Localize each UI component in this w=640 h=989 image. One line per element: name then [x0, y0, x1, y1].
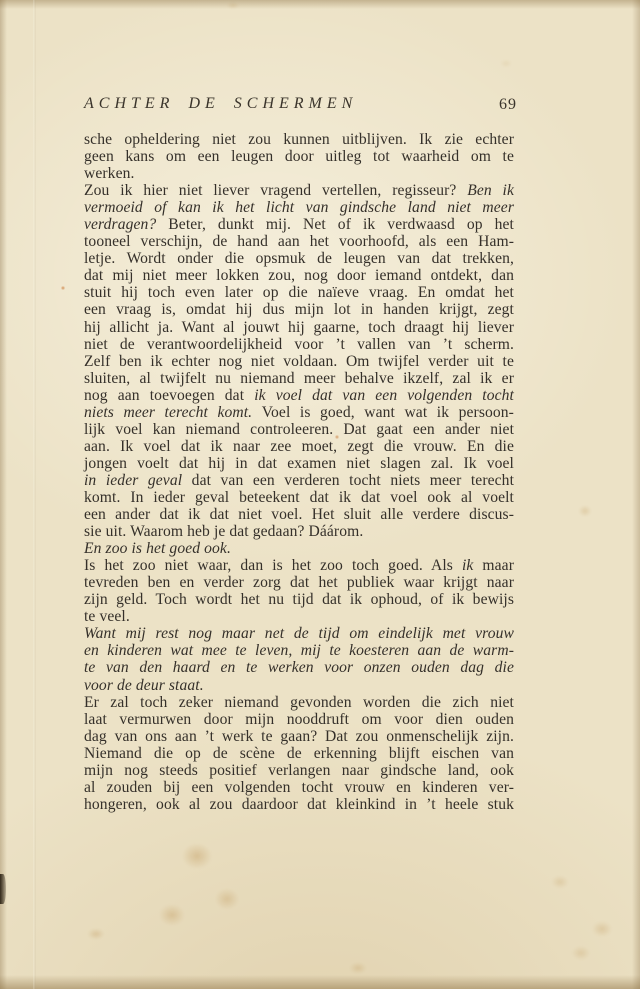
- stain: [498, 58, 514, 69]
- text-line: laat vermurwen door mijn nooddruft om vo…: [84, 711, 514, 728]
- stain: [568, 943, 594, 963]
- page-edge-top: [0, 0, 640, 9]
- text-segment: dat van een verderen tocht niets meer te…: [192, 472, 514, 489]
- text-line: letje. Wordt onder die opsmuk de leugen …: [84, 250, 514, 267]
- text-line: dat mij niet meer lokken zou, nog door i…: [84, 267, 514, 284]
- text-segment: nog aan toevoegen dat: [84, 387, 254, 404]
- text-line: werken.: [84, 165, 514, 182]
- text-line: hongeren, ook al zou daardoor dat kleink…: [84, 796, 514, 813]
- stain: [548, 873, 572, 891]
- text-line: Is het zoo niet waar, dan is het zoo toc…: [84, 557, 514, 574]
- italic-text-segment: verdragen?: [84, 216, 168, 233]
- text-line: stuit hij toch even later op die naïeve …: [84, 284, 514, 301]
- italic-text-segment: te van den haard en te werken voor onzen…: [84, 659, 514, 676]
- text-segment: dat mij niet meer lokken zou, nog door i…: [84, 267, 514, 284]
- text-segment: al zouden bij een volgenden tocht vrouw …: [84, 779, 514, 796]
- text-line: Zelf ben ik echter nog niet voldaan. Om …: [84, 353, 514, 370]
- text-line: niet de verantwoordelijkheid voor ’t val…: [84, 336, 514, 353]
- text-line: een ander dat ik dat niet voel. Het slui…: [84, 506, 514, 523]
- text-line: dag van ons aan ’t werk te gaan? Dat zou…: [84, 728, 514, 745]
- stain: [346, 960, 370, 976]
- text-segment: Voel is goed, want wat ik persoon-: [262, 404, 514, 421]
- text-line: Er zal toch zeker niemand gevonden worde…: [84, 694, 514, 711]
- text-segment: een vraag is, omdat hij dus mijn lot in …: [84, 301, 514, 318]
- text-line: sie uit. Waarom heb je dat gedaan? Dááro…: [84, 523, 514, 540]
- book-page: ACHTER DE SCHERMEN 69 sche opheldering n…: [0, 0, 640, 989]
- text-segment: sche opheldering niet zou kunnen uitblij…: [84, 131, 514, 148]
- text-line: en kinderen wat mee te leven, mij te koe…: [84, 642, 514, 659]
- stain: [588, 918, 616, 940]
- paper-crease: [33, 0, 36, 989]
- text-segment: Is het zoo niet waar, dan is het zoo toc…: [84, 557, 462, 574]
- italic-text-segment: voor de deur staat.: [84, 677, 204, 694]
- stain: [176, 838, 218, 874]
- text-line: tooneel verschijn, de hand aan het voorh…: [84, 233, 514, 250]
- text-line: Want mij rest nog maar net de tijd om ei…: [84, 625, 514, 642]
- text-line: tevreden ben en verder zorg dat het publ…: [84, 574, 514, 591]
- text-line: in ieder geval dat van een verderen toch…: [84, 472, 514, 489]
- stain: [210, 884, 244, 914]
- text-segment: Zelf ben ik echter nog niet voldaan. Om …: [84, 353, 514, 370]
- stain: [84, 926, 108, 942]
- binding-dark-spot: [0, 874, 6, 904]
- text-segment: Niemand die op de scène de erkenning bli…: [84, 745, 514, 762]
- italic-text-segment: en kinderen wat mee te leven, mij te koe…: [84, 642, 514, 659]
- text-line: sluiten, al twijfelt nu niemand meer beh…: [84, 370, 514, 387]
- text-segment: sluiten, al twijfelt nu niemand meer beh…: [84, 370, 514, 387]
- text-line: zijn geld. Toch wordt het nu tijd dat ik…: [84, 591, 514, 608]
- text-segment: zijn geld. Toch wordt het nu tijd dat ik…: [84, 591, 514, 608]
- text-segment: Beter, dunkt mij. Net of ik verdwaasd op…: [168, 216, 514, 233]
- italic-text-segment: ik voel dat van een volgenden tocht: [254, 387, 514, 404]
- text-line: En zoo is het goed ook.: [84, 540, 514, 557]
- text-line: te veel.: [84, 608, 514, 625]
- text-segment: een ander dat ik dat niet voel. Het slui…: [84, 506, 514, 523]
- text-line: Zou ik hier niet liever vragend vertelle…: [84, 182, 514, 199]
- text-segment: komt. In ieder geval beteekent dat ik da…: [84, 489, 514, 506]
- italic-text-segment: niets meer terecht komt.: [84, 404, 262, 421]
- text-block: sche opheldering niet zou kunnen uitblij…: [84, 131, 514, 813]
- text-segment: letje. Wordt onder die opsmuk de leugen …: [84, 250, 514, 267]
- italic-text-segment: Want mij rest nog maar net de tijd om ei…: [84, 625, 514, 642]
- text-segment: maar: [473, 557, 514, 574]
- text-segment: Zou ik hier niet liever vragend vertelle…: [84, 182, 467, 199]
- text-line: geen kans om een leugen door uitleg tot …: [84, 148, 514, 165]
- text-line: jongen voelt dat hij in dat examen niet …: [84, 455, 514, 472]
- text-line: sche opheldering niet zou kunnen uitblij…: [84, 131, 514, 148]
- text-line: nog aan toevoegen dat ik voel dat van ee…: [84, 387, 514, 404]
- text-segment: tevreden ben en verder zorg dat het publ…: [84, 574, 514, 591]
- text-line: een vraag is, omdat hij dus mijn lot in …: [84, 301, 514, 318]
- text-line: vermoeid of kan ik het licht van gindsch…: [84, 199, 514, 216]
- text-segment: te veel.: [84, 608, 130, 625]
- text-line: komt. In ieder geval beteekent dat ik da…: [84, 489, 514, 506]
- text-segment: sie uit. Waarom heb je dat gedaan? Dááro…: [84, 523, 363, 540]
- italic-text-segment: ik: [462, 557, 473, 574]
- text-line: te van den haard en te werken voor onzen…: [84, 659, 514, 676]
- text-segment: lijk voel kan niemand controleeren. Dat …: [84, 421, 514, 438]
- page-number: 69: [499, 96, 517, 114]
- running-header-title: ACHTER DE SCHERMEN: [84, 95, 357, 113]
- text-segment: werken.: [84, 165, 135, 182]
- text-segment: dag van ons aan ’t werk te gaan? Dat zou…: [84, 728, 514, 745]
- text-segment: niet de verantwoordelijkheid voor ’t val…: [84, 336, 514, 353]
- page-edge-right: [632, 0, 640, 989]
- text-line: niets meer terecht komt. Voel is goed, w…: [84, 404, 514, 421]
- text-segment: jongen voelt dat hij in dat examen niet …: [84, 455, 514, 472]
- text-line: Niemand die op de scène de erkenning bli…: [84, 745, 514, 762]
- italic-text-segment: En zoo is het goed ook.: [84, 540, 231, 557]
- text-segment: hongeren, ook al zou daardoor dat kleink…: [84, 796, 514, 813]
- italic-text-segment: Ben ik: [467, 182, 514, 199]
- text-segment: geen kans om een leugen door uitleg tot …: [84, 148, 514, 165]
- text-segment: aan. Ik voel dat ik naar zee moet, zegt …: [84, 438, 514, 455]
- text-line: lijk voel kan niemand controleeren. Dat …: [84, 421, 514, 438]
- text-segment: stuit hij toch even later op die naïeve …: [84, 284, 514, 301]
- text-line: hij allicht ja. Want al jouwt hij gaarne…: [84, 319, 514, 336]
- text-segment: tooneel verschijn, de hand aan het voorh…: [84, 233, 514, 250]
- text-line: aan. Ik voel dat ik naar zee moet, zegt …: [84, 438, 514, 455]
- running-header: ACHTER DE SCHERMEN 69: [84, 95, 524, 117]
- text-line: al zouden bij een volgenden tocht vrouw …: [84, 779, 514, 796]
- text-segment: hij allicht ja. Want al jouwt hij gaarne…: [84, 319, 514, 336]
- text-line: verdragen? Beter, dunkt mij. Net of ik v…: [84, 216, 514, 233]
- stain: [154, 900, 190, 930]
- stain: [60, 285, 66, 291]
- stain: [576, 503, 594, 519]
- text-segment: laat vermurwen door mijn nooddruft om vo…: [84, 711, 514, 728]
- italic-text-segment: in ieder geval: [84, 472, 192, 489]
- italic-text-segment: vermoeid of kan ik het licht van gindsch…: [84, 199, 514, 216]
- page-edge-bottom: [0, 975, 640, 989]
- text-segment: mijn nog steeds positief verlangen naar …: [84, 762, 514, 779]
- text-line: mijn nog steeds positief verlangen naar …: [84, 762, 514, 779]
- text-segment: Er zal toch zeker niemand gevonden worde…: [84, 694, 514, 711]
- page-edge-left: [0, 0, 7, 989]
- text-line: voor de deur staat.: [84, 677, 514, 694]
